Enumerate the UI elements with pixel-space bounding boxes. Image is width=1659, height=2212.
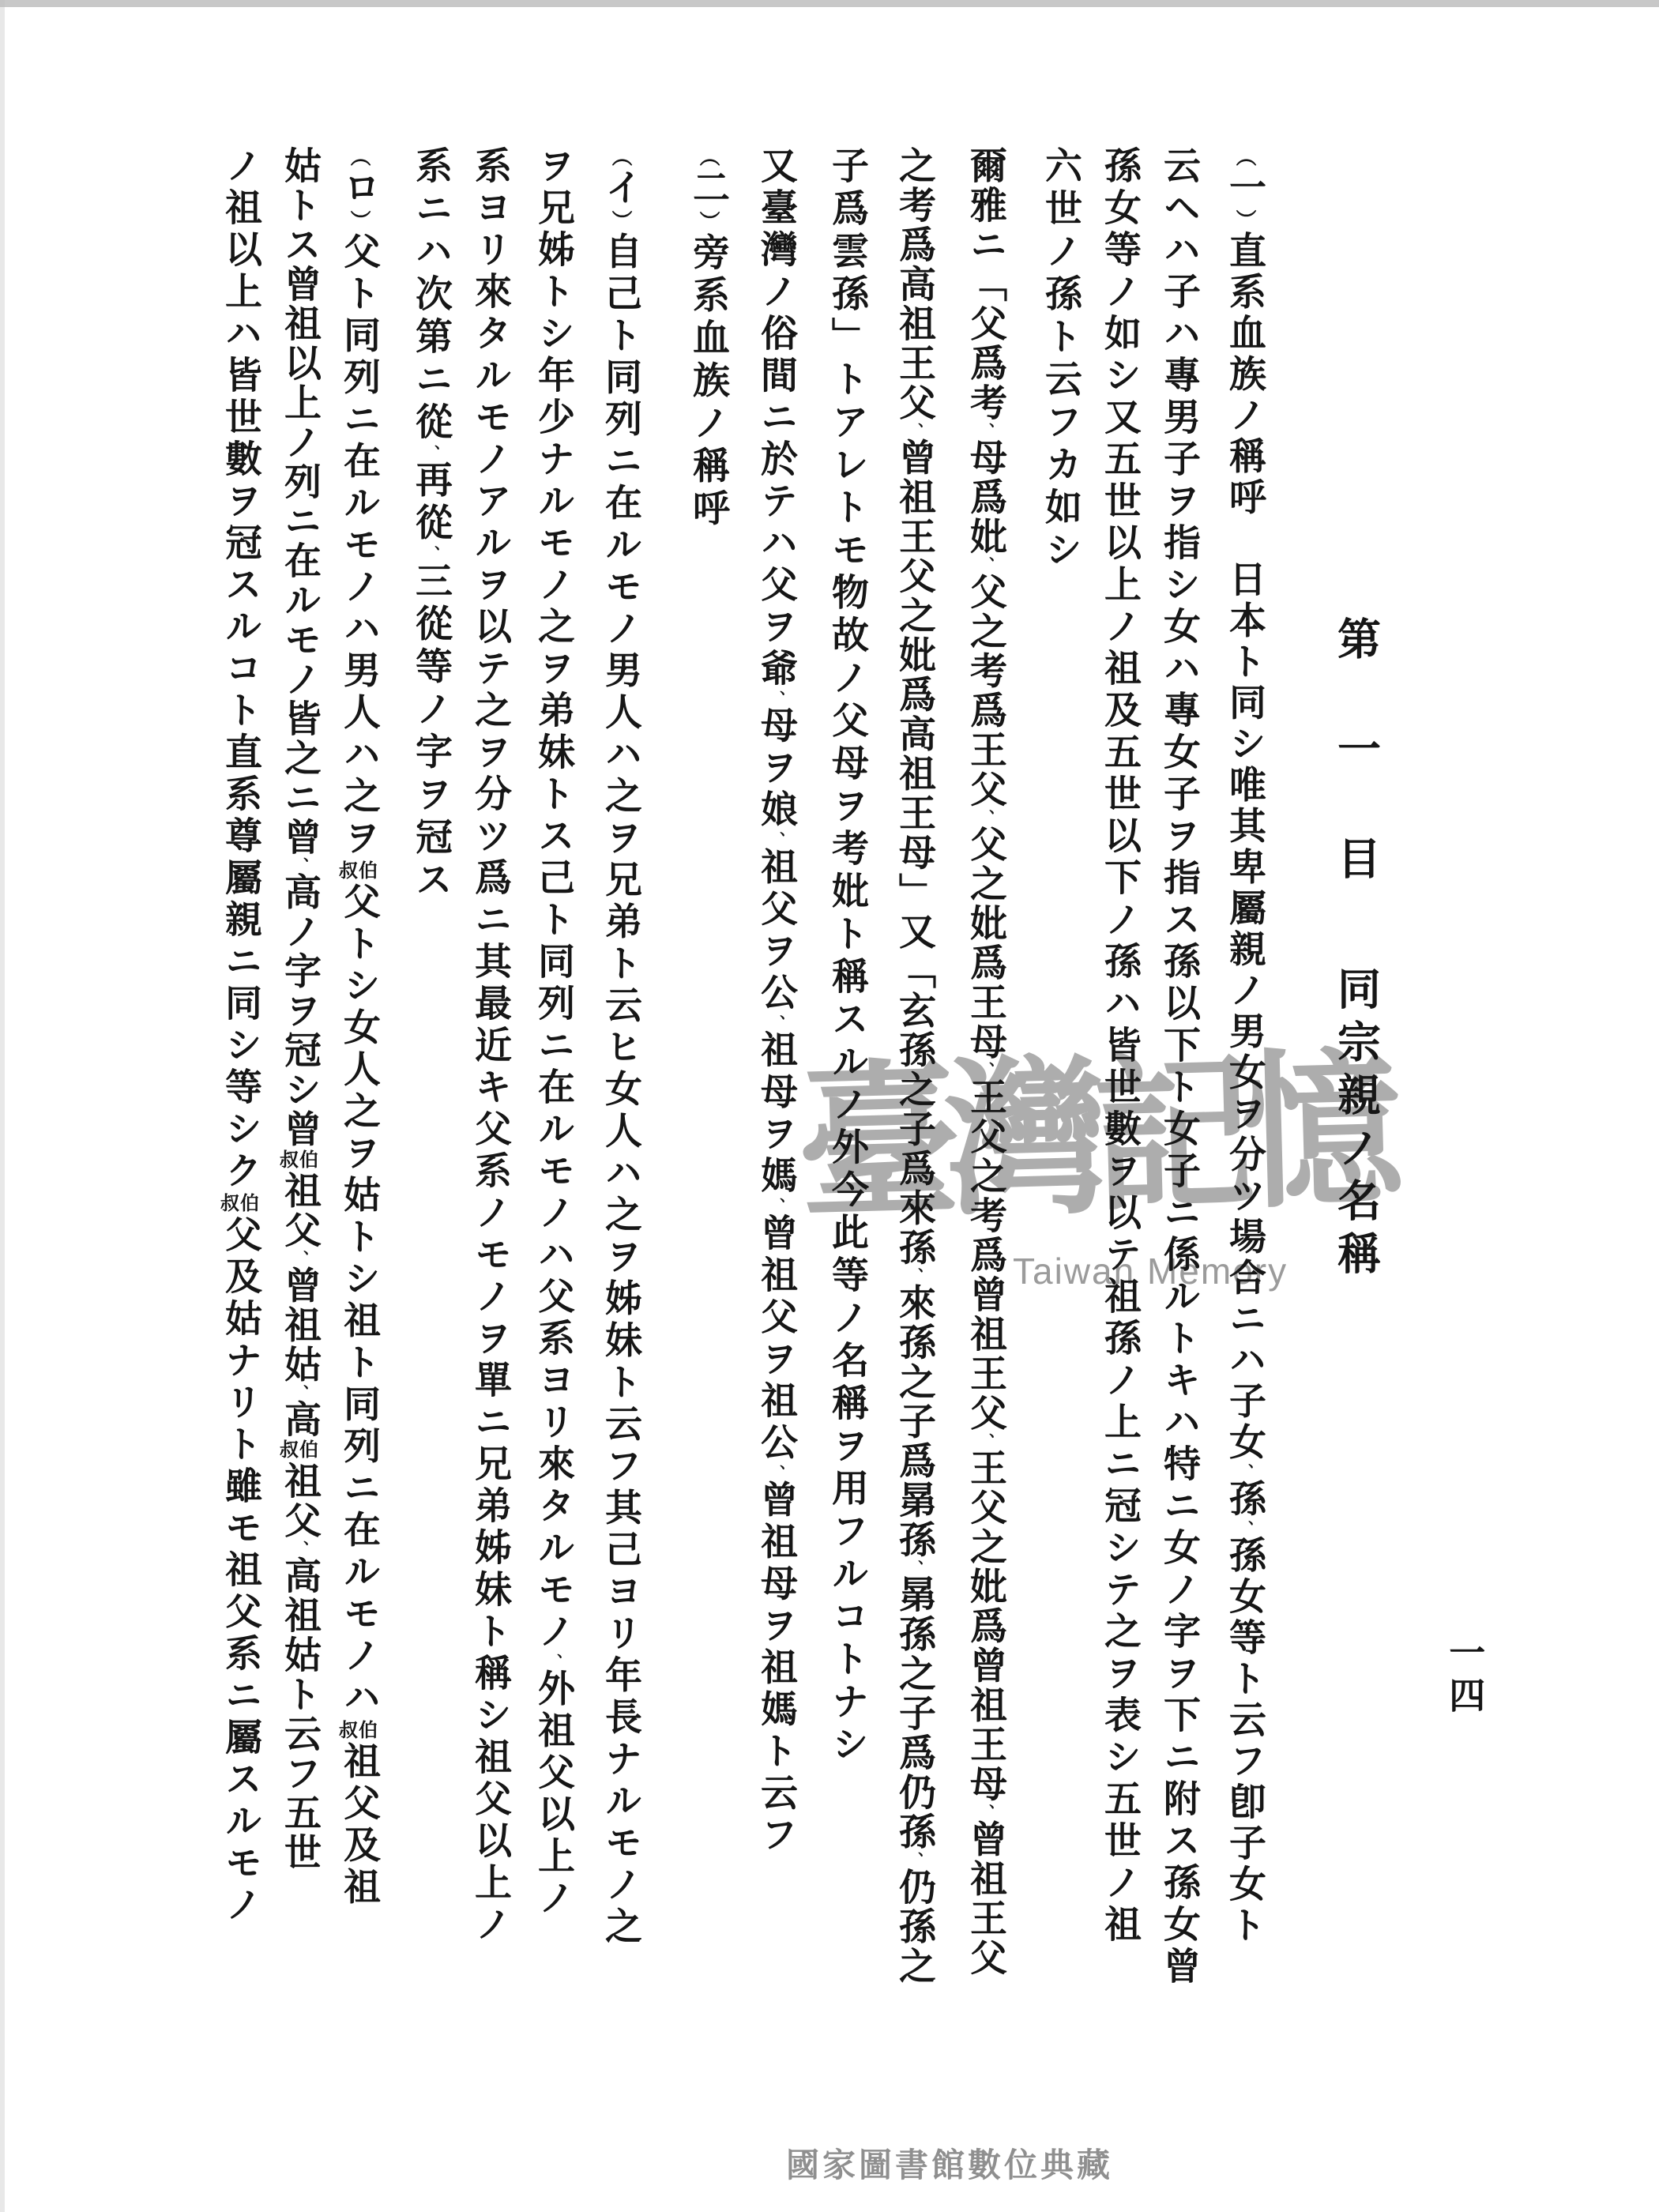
text-column: 爾雅ニ「父爲考、母爲妣、父之考爲王父、父之妣爲王母、王父之考爲曾祖王父、王父之妣…: [963, 146, 1006, 2042]
warichu-note: 伯叔: [280, 1151, 319, 1170]
reading-comma: 、: [291, 1540, 308, 1556]
text-column: （二）旁系血族ノ稱呼: [686, 146, 730, 2042]
reading-comma: 、: [976, 423, 994, 438]
text-column: ノ祖以上ハ皆世數ヲ冠スルコト直系尊屬親ニ同シ等シク伯叔父及姑ナリト雖モ祖父系ニ屬…: [218, 146, 261, 2042]
text-column: 系ヨリ來タルモノアルヲ以テ之ヲ分ツ爲ニ其最近キ父系ノモノヲ單ニ兄弟姊妹ト稱シ祖父…: [468, 146, 511, 2042]
text-column: 之考爲高祖王父、曾祖王父之妣爲高祖王母」又「玄孫之子爲來孫、來孫之子爲晜孫、晜孫…: [892, 146, 935, 2042]
reading-comma: 、: [767, 1465, 784, 1480]
section-heading: 第一目同宗親ノ名稱: [1331, 146, 1379, 2042]
paren-mark: （: [1233, 146, 1256, 168]
reading-comma: 、: [767, 1015, 784, 1031]
text-column: 又臺灣ノ俗間ニ於テハ父ヲ爺、母ヲ娘、祖父ヲ公、祖母ヲ媽、曾祖父ヲ祖公、曾祖母ヲ祖…: [754, 146, 797, 2042]
reading-comma: 、: [976, 557, 994, 573]
section-number: 第一目: [1331, 616, 1379, 946]
warichu-note: 伯叔: [280, 1441, 319, 1460]
page-scan: 臺灣記憶 Taiwan Memory 第一目同宗親ノ名稱 （一）直系血族ノ稱呼 …: [0, 0, 1659, 2212]
reading-comma: 、: [976, 1804, 994, 1820]
text-column: ヲ兄姊トシ年少ナルモノ之ヲ弟妹トス己ト同列ニ在ルモノハ父系ヨリ來タルモノ、外祖父…: [531, 146, 574, 2042]
warichu-note: 伯叔: [220, 1194, 260, 1213]
text-column: 系ニハ次第ニ從、再從、三從等ノ字ヲ冠ス: [408, 146, 452, 2042]
text-column: 姑トス曾祖以上ノ列ニ在ルモノ皆之ニ曾、高ノ字ヲ冠シ曾伯叔祖父、曾祖姑、高伯叔祖父…: [277, 146, 321, 2042]
reading-comma: 、: [767, 1198, 784, 1213]
paren-mark: ）: [1233, 209, 1256, 231]
reading-comma: 、: [905, 1852, 923, 1868]
reading-comma: 、: [1236, 1464, 1253, 1480]
text-column: 云ヘハ子ハ專男子ヲ指シ女ハ專女子ヲ指ス孫以下ト女子ニ係ルトキハ特ニ女ノ字ヲ下ニ附…: [1157, 146, 1200, 2042]
text-body: 第一目同宗親ノ名稱 （一）直系血族ノ稱呼 日本ト同シ唯其卑屬親ノ男女ヲ分ツ場合ニ…: [218, 146, 1379, 2042]
reading-comma: 、: [422, 546, 439, 562]
text-column: 子爲雲孫」トアレトモ物故ノ父母ヲ考妣ト稱スルノ外今此等ノ名稱ヲ用フルコトナシ: [825, 146, 868, 2042]
warichu-note: 伯叔: [339, 862, 378, 881]
reading-comma: 、: [767, 832, 784, 848]
text-column: （イ）自己ト同列ニ在ルモノ男人ハ之ヲ兄弟ト云ヒ女人ハ之ヲ姊妹ト云フ其己ヨリ年長ナ…: [598, 146, 642, 2042]
reading-comma: 、: [976, 810, 994, 826]
paren-mark: ）: [348, 210, 371, 232]
text-column: 六世ノ孫ト云フカ如シ: [1038, 146, 1082, 2042]
page-number: 一四: [1443, 1634, 1486, 1719]
reading-comma: 、: [422, 445, 439, 461]
paren-mark: ）: [697, 211, 720, 233]
reading-comma: 、: [1236, 1520, 1253, 1536]
text-column: （ロ）父ト同列ニ在ルモノハ男人ハ之ヲ伯叔父トシ女人之ヲ姑トシ祖ト同列ニ在ルモノハ…: [337, 146, 381, 2042]
paren-mark: （: [697, 146, 720, 168]
reading-comma: 、: [976, 1062, 994, 1078]
scan-edge-left: [0, 0, 5, 2212]
paren-mark: （: [348, 146, 371, 168]
warichu-note: 伯叔: [339, 1721, 378, 1740]
section-title: 同宗親ノ名稱: [1331, 966, 1379, 1284]
reading-comma: 、: [767, 690, 784, 706]
reading-comma: 、: [291, 857, 308, 873]
paren-mark: ）: [609, 210, 632, 232]
reading-comma: 、: [905, 1560, 923, 1576]
scan-edge-top: [0, 0, 1659, 7]
reading-comma: 、: [905, 423, 923, 438]
reading-comma: 、: [544, 1653, 562, 1669]
reading-comma: 、: [291, 1251, 308, 1266]
text-column: 孫女等ノ如シ又五世以上ノ祖及五世以下ノ孫ハ皆世數ヲ以テ祖孫ノ上ニ冠シテ之ヲ表シ五…: [1097, 146, 1141, 2042]
reading-comma: 、: [976, 1433, 994, 1449]
watermark-bottom-text: 國家圖書館數位典藏: [786, 2139, 1113, 2187]
paren-mark: （: [609, 146, 632, 168]
text-column: （一）直系血族ノ稱呼 日本ト同シ唯其卑屬親ノ男女ヲ分ツ場合ニハ子女、孫、孫女等ト…: [1222, 146, 1266, 2042]
reading-comma: 、: [291, 1385, 308, 1401]
reading-comma: 、: [905, 1268, 923, 1284]
